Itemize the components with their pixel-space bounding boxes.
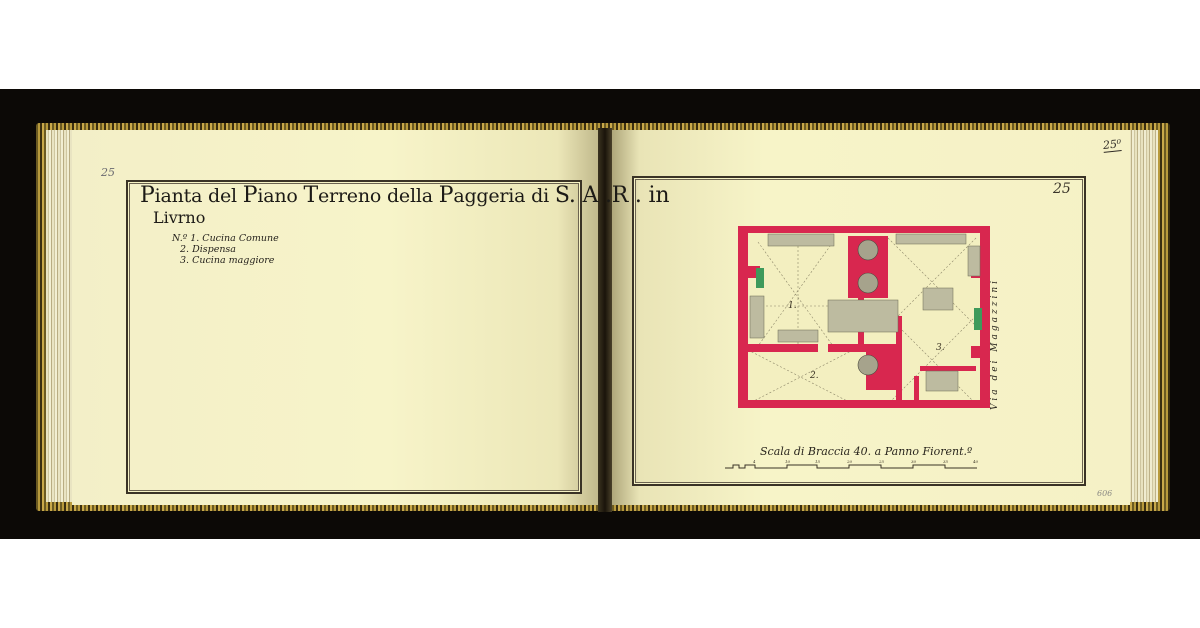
left-folio-number: 25 [101, 166, 115, 179]
room-number: 3. [936, 343, 945, 353]
svg-text:30: 30 [911, 459, 917, 464]
svg-text:35: 35 [943, 459, 949, 464]
page-edges-right [1126, 130, 1158, 502]
scale-label: Scala di Braccia 40. a Panno Fiorent.º [760, 445, 972, 458]
legend-item: N.º 1. Cucina Comune [172, 233, 279, 244]
svg-text:40: 40 [972, 459, 979, 464]
svg-text:20: 20 [846, 459, 853, 464]
right-folio-number: 25 [1053, 181, 1071, 197]
page-edges-left [46, 130, 74, 502]
svg-text:4: 4 [752, 459, 756, 464]
street-label: Via dei Magazzini [990, 260, 1004, 410]
room-number: 1. [788, 301, 797, 311]
room-legend: N.º 1. Cucina Comune 2. Dispensa 3. Cuci… [172, 233, 279, 266]
room-number: 2. [809, 371, 819, 381]
left-page-frame [126, 180, 582, 494]
svg-text:15: 15 [815, 459, 821, 464]
plan-title: Pianta del Piano Terreno della Paggeria … [140, 183, 669, 208]
svg-text:10: 10 [785, 459, 791, 464]
bottom-mark: 606 [1097, 489, 1112, 498]
floor-plan-drawing: 1. 2. 3. [738, 226, 990, 408]
legend-item: 3. Cucina maggiore [172, 255, 279, 266]
legend-item: 2. Dispensa [172, 244, 279, 255]
svg-text:25: 25 [878, 459, 885, 464]
plan-subtitle: Livrno [153, 208, 205, 227]
folio-stamp: 25⁰ [1102, 137, 1122, 153]
scale-bar: 41015 202530 3540 [725, 458, 985, 472]
